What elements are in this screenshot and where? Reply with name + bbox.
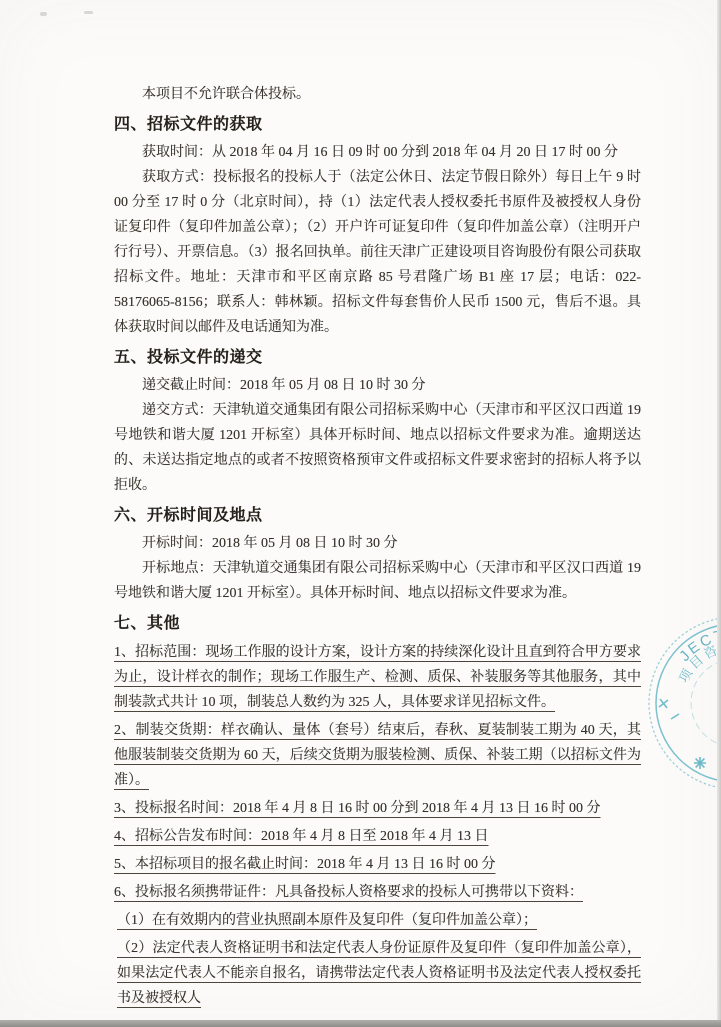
scan-edge-right (717, 0, 721, 1027)
item-delivery-period: 2、制装交货期：样衣确认、量体（套号）结束后，春秋、夏装制装工期为 40 天，其… (114, 718, 641, 793)
paragraph-obtain-method: 获取方式：投标报名的投标人于（法定公休日、法定节假日除外）每日上午 9 时 00… (114, 165, 641, 340)
item-registration-deadline: 5、本招标项目的报名截止时间：2018 年 4 月 13 日 16 时 00 分 (114, 852, 641, 877)
paragraph-submit-deadline: 递交截止时间：2018 年 05 月 08 日 10 时 30 分 (114, 373, 641, 398)
section-heading-submission: 五、投标文件的递交 (114, 345, 641, 371)
scan-edge-bottom (0, 1020, 721, 1027)
scan-speck (84, 11, 93, 14)
scanned-document-page: 本项目不允许联合体投标。 四、招标文件的获取 获取时间：从 2018 年 04 … (0, 0, 721, 1027)
paragraph-submit-method: 递交方式：天津轨道交通集团有限公司招标采购中心（天津市和平区汉口西道 19 号地… (114, 398, 641, 498)
item-legal-representative: （2）法定代表人资格证明书和法定代表人身份证原件及复印件（复印件加盖公章），如果… (114, 936, 641, 1011)
item-business-license: （1）在有效期内的营业执照副本原件及复印件（复印件加盖公章）； (114, 908, 641, 933)
item-bid-scope: 1、招标范围：现场工作服的设计方案，设计方案的持续深化设计且直到符合甲方要求为止… (114, 640, 641, 715)
paragraph-obtain-time: 获取时间：从 2018 年 04 月 16 日 09 时 00 分到 2018 … (114, 140, 641, 165)
item-announcement-time: 4、招标公告发布时间：2018 年 4 月 8 日至 2018 年 4 月 13… (114, 824, 641, 849)
asterisk-icon (694, 757, 706, 769)
item-required-certificates: 6、投标报名须携带证件：凡具备投标人资格要求的投标人可携带以下资料： (114, 880, 641, 905)
document-body: 本项目不允许联合体投标。 四、招标文件的获取 获取时间：从 2018 年 04 … (114, 82, 641, 1014)
paragraph-opening-place: 开标地点：天津轨道交通集团有限公司招标采购中心（天津市和平区汉口西道 19 号地… (114, 556, 641, 606)
section-heading-obtain-docs: 四、招标文件的获取 (114, 112, 641, 138)
company-seal-stamp: JECT 项目咨询 (645, 615, 721, 795)
section-heading-bid-opening: 六、开标时间及地点 (114, 503, 641, 529)
paragraph-joint-bid-note: 本项目不允许联合体投标。 (114, 82, 641, 107)
item-registration-time: 3、投标报名时间：2018 年 4 月 8 日 16 时 00 分到 2018 … (114, 796, 641, 821)
paragraph-opening-time: 开标时间：2018 年 05 月 08 日 10 时 30 分 (114, 531, 641, 556)
seal-illegible-marks (659, 699, 679, 719)
section-heading-others: 七、其他 (114, 611, 641, 637)
scan-speck (40, 12, 47, 16)
